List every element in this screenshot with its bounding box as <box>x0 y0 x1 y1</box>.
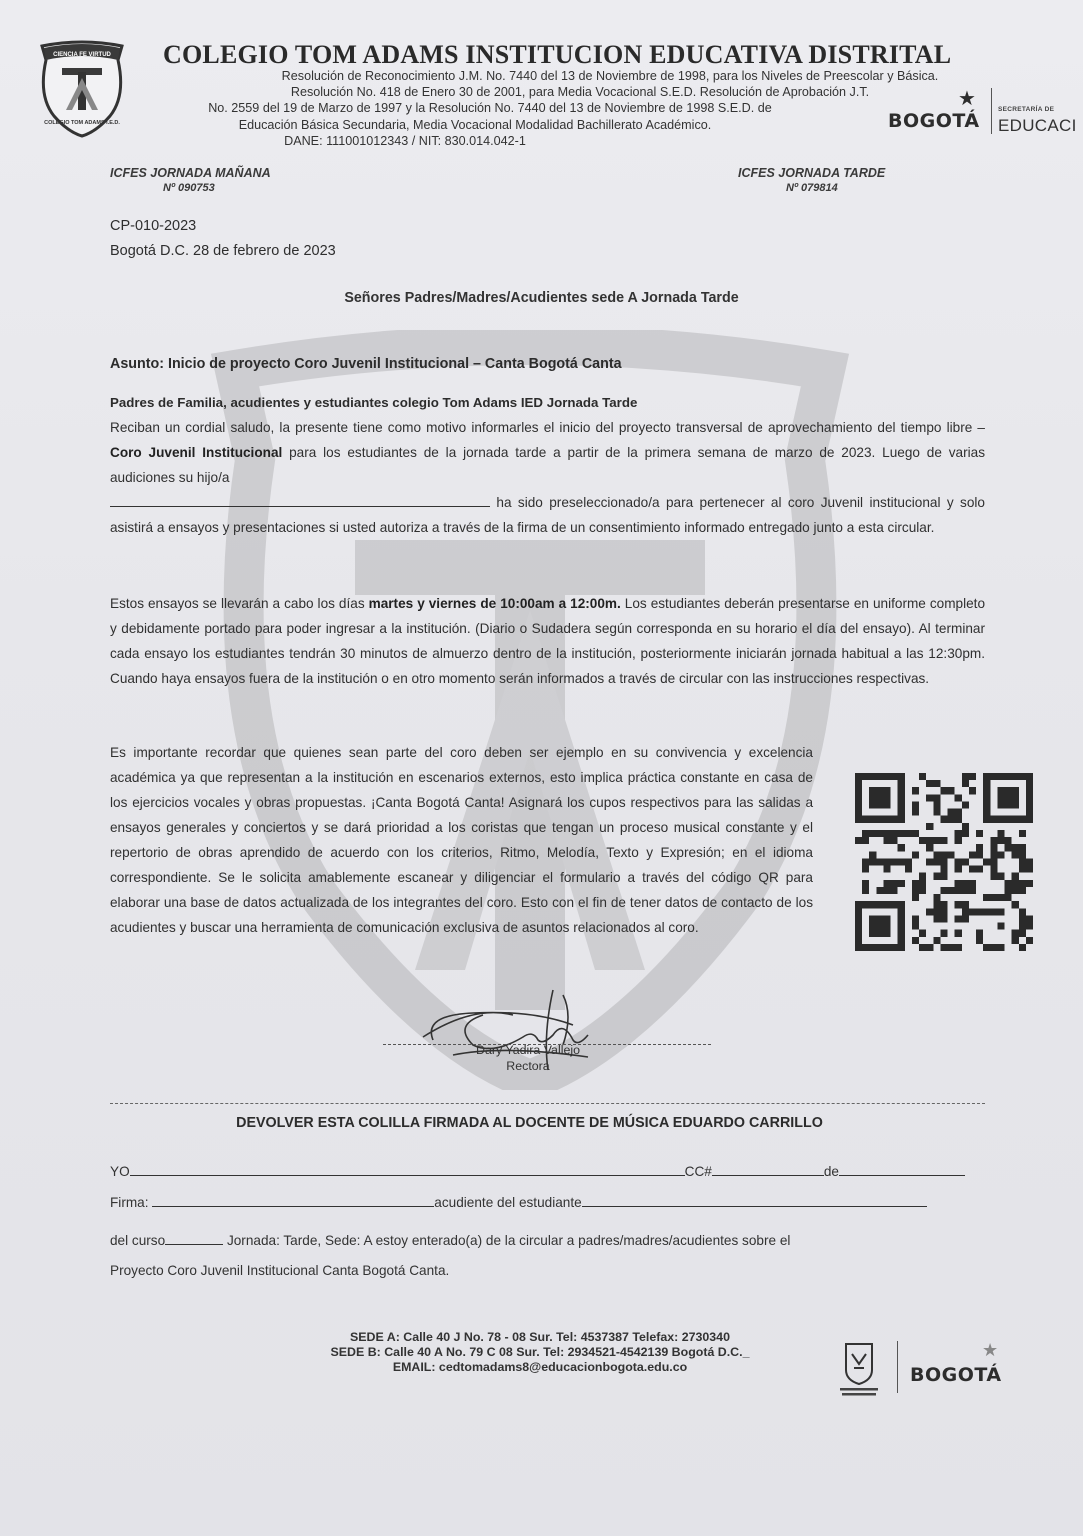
resolution-block: Resolución de Reconocimiento J.M. No. 74… <box>150 68 950 149</box>
icfes-afternoon-label: ICFES JORNADA TARDE <box>738 166 885 180</box>
greeting-heading: Padres de Familia, acudientes y estudian… <box>110 395 637 410</box>
form-row-consent: Proyecto Coro Juvenil Institucional Cant… <box>110 1263 986 1278</box>
icfes-morning-label: ICFES JORNADA MAÑANA <box>110 166 271 180</box>
star-icon: ★ <box>958 86 976 111</box>
email: EMAIL: cedtomadams8@educacionbogota.edu.… <box>290 1360 790 1375</box>
svg-text:COLEGIO TOM ADAMS I.E.D.: COLEGIO TOM ADAMS I.E.D. <box>44 120 120 126</box>
recipients-line: Señores Padres/Madres/Acudientes sede A … <box>0 290 1083 306</box>
form-row-course: del curso Jornada: Tarde, Sede: A estoy … <box>110 1231 986 1248</box>
icfes-afternoon: ICFES JORNADA TARDE Nº 079814 <box>738 166 885 194</box>
secretaria-educacion-logo: ★ BOGOTÁ SECRETARÍA DE EDUCACI <box>888 86 1078 136</box>
signature-field[interactable] <box>152 1193 434 1207</box>
paragraph-intro: Reciban un cordial saludo, la presente t… <box>110 415 985 540</box>
form-row-signature: Firma: acudiente del estudiante <box>110 1193 986 1210</box>
resolution-line: Resolución No. 418 de Enero 30 de 2001, … <box>230 84 930 100</box>
secretaria-label: SECRETARÍA DE <box>998 106 1054 113</box>
resolution-line: No. 2559 del 19 de Marzo de 1997 y la Re… <box>140 100 840 116</box>
footer-address: SEDE A: Calle 40 J No. 78 - 08 Sur. Tel:… <box>290 1330 790 1375</box>
signature-block: Dary Yadira Vallejo Rectora <box>383 985 713 1095</box>
signatory-role: Rectora <box>363 1059 693 1073</box>
subject-line: Asunto: Inicio de proyecto Coro Juvenil … <box>110 356 622 372</box>
icfes-afternoon-number: Nº 079814 <box>738 182 885 194</box>
cc-field[interactable] <box>712 1162 824 1176</box>
student-field[interactable] <box>582 1193 927 1207</box>
bogota-footer-logo: ★ BOGOTÁ <box>910 1346 1040 1396</box>
sede-a: SEDE A: Calle 40 J No. 78 - 08 Sur. Tel:… <box>290 1330 790 1345</box>
resolution-line: Resolución de Reconocimiento J.M. No. 74… <box>270 68 950 84</box>
resolution-line: Educación Básica Secundaria, Media Vocac… <box>125 117 825 133</box>
educacion-label: EDUCACI <box>998 116 1077 136</box>
document-page: CIENCIA FE VIRTUD COLEGIO TOM ADAMS I.E.… <box>0 0 1083 1536</box>
star-icon: ★ <box>982 1340 998 1361</box>
form-row-identity: YOCC#de <box>110 1162 986 1179</box>
letter-date: Bogotá D.C. 28 de febrero de 2023 <box>110 243 336 259</box>
dane-nit-line: DANE: 111001012343 / NIT: 830.014.042-1 <box>55 133 755 149</box>
bogota-wordmark: BOGOTÁ <box>910 1364 1002 1386</box>
student-name-blank[interactable] <box>110 492 490 507</box>
signatory-name: Dary Yadira Vallejo <box>363 1043 693 1057</box>
course-field[interactable] <box>165 1231 223 1245</box>
icfes-morning-number: Nº 090753 <box>110 182 271 194</box>
sede-b: SEDE B: Calle 40 A No. 79 C 08 Sur. Tel:… <box>290 1345 790 1360</box>
paragraph-schedule: Estos ensayos se llevarán a cabo los día… <box>110 591 985 691</box>
logo-divider <box>991 88 992 134</box>
paragraph-expectations: Es importante recordar que quienes sean … <box>110 740 813 940</box>
reference-code: CP-010-2023 <box>110 218 196 234</box>
footer-divider <box>897 1341 898 1393</box>
bogota-wordmark: BOGOTÁ <box>888 110 980 132</box>
cut-line <box>110 1103 985 1104</box>
qr-code[interactable] <box>855 773 1033 951</box>
school-name: COLEGIO TOM ADAMS INSTITUCION EDUCATIVA … <box>163 40 951 70</box>
return-slip-title: DEVOLVER ESTA COLILLA FIRMADA AL DOCENTE… <box>0 1115 1071 1131</box>
icfes-morning: ICFES JORNADA MAÑANA Nº 090753 <box>110 166 271 194</box>
svg-text:CIENCIA FE VIRTUD: CIENCIA FE VIRTUD <box>53 52 111 58</box>
alcaldia-coat-of-arms-icon <box>836 1340 882 1398</box>
name-field[interactable] <box>130 1162 685 1176</box>
school-crest-logo: CIENCIA FE VIRTUD COLEGIO TOM ADAMS I.E.… <box>38 38 126 138</box>
cc-issued-field[interactable] <box>839 1162 965 1176</box>
